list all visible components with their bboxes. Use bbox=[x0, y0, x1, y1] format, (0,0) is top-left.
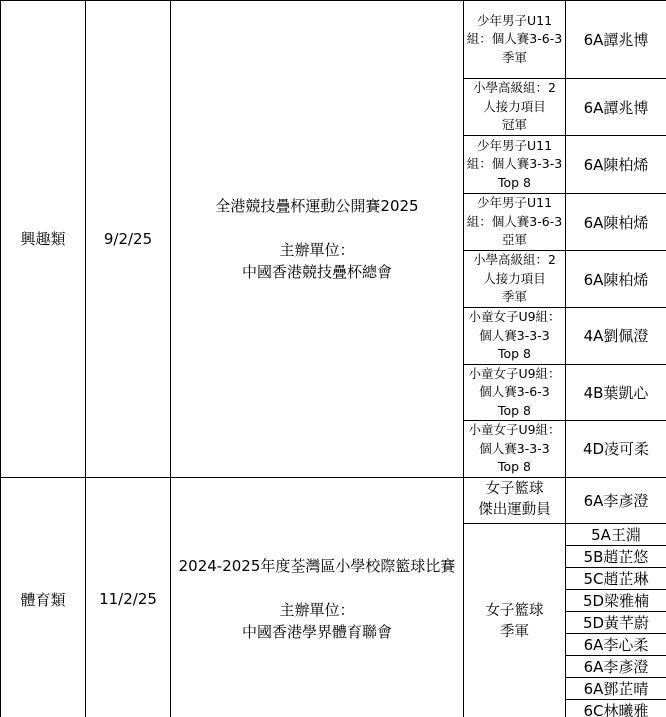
text-line: 主辦單位： bbox=[171, 599, 463, 621]
student-cell: 6A李彥澄 bbox=[566, 655, 666, 677]
text-line bbox=[171, 217, 463, 239]
text-line: 中國香港學界體育聯會 bbox=[171, 621, 463, 643]
award-cell: 小童女子U9組：個人賽3-3-3Top 8 bbox=[464, 308, 566, 365]
text-line: 人接力項目 bbox=[464, 270, 565, 289]
text-line: 女子籃球 bbox=[464, 601, 565, 622]
text-line: 小童女子U9組： bbox=[464, 308, 565, 327]
student-cell: 5A王淵 bbox=[566, 523, 666, 545]
text-line: 傑出運動員 bbox=[464, 500, 565, 521]
text-line: 季軍 bbox=[464, 49, 565, 68]
text-line: Top 8 bbox=[464, 345, 565, 364]
category-cell: 興趣類 bbox=[1, 1, 86, 478]
student-cell: 4B葉凱心 bbox=[566, 364, 666, 421]
text-line: 個人賽3-3-3 bbox=[464, 440, 565, 459]
event-cell: 2024-2025年度荃灣區小學校際籃球比賽 主辦單位：中國香港學界體育聯會 bbox=[171, 477, 464, 717]
student-cell: 5C趙芷琳 bbox=[566, 567, 666, 589]
student-cell: 6A鄧芷晴 bbox=[566, 677, 666, 699]
event-cell: 全港競技疊杯運動公開賽2025 主辦單位：中國香港競技疊杯總會 bbox=[171, 1, 464, 478]
awards-table: 興趣類9/2/25全港競技疊杯運動公開賽2025 主辦單位：中國香港競技疊杯總會… bbox=[0, 0, 666, 717]
student-cell: 4A劉佩澄 bbox=[566, 308, 666, 365]
page: 興趣類9/2/25全港競技疊杯運動公開賽2025 主辦單位：中國香港競技疊杯總會… bbox=[0, 0, 666, 717]
date-cell: 11/2/25 bbox=[86, 477, 171, 717]
text-line: 人接力項目 bbox=[464, 98, 565, 117]
category-cell: 體育類 bbox=[1, 477, 86, 717]
text-line: 小童女子U9組： bbox=[464, 421, 565, 440]
text-line: 少年男子U11 bbox=[464, 194, 565, 213]
text-line: 2024-2025年度荃灣區小學校際籃球比賽 bbox=[171, 555, 463, 577]
award-cell: 少年男子U11組：個人賽3-3-3Top 8 bbox=[464, 136, 566, 194]
student-cell: 5D黃芊蔚 bbox=[566, 611, 666, 633]
text-line: 個人賽3-6-3 bbox=[464, 383, 565, 402]
text-line: 組：個人賽3-6-3 bbox=[464, 30, 565, 49]
text-line: 個人賽3-3-3 bbox=[464, 327, 565, 346]
text-line: 主辦單位： bbox=[171, 239, 463, 261]
award-cell: 少年男子U11組：個人賽3-6-3亞軍 bbox=[464, 194, 566, 251]
text-line: 季軍 bbox=[464, 622, 565, 643]
student-cell: 6A陳柏烯 bbox=[566, 251, 666, 308]
text-line: 亞軍 bbox=[464, 231, 565, 250]
text-line: Top 8 bbox=[464, 174, 565, 193]
student-cell: 6C林曦雅 bbox=[566, 699, 666, 717]
student-cell: 5B趙芷悠 bbox=[566, 545, 666, 567]
text-line: 組：個人賽3-3-3 bbox=[464, 155, 565, 174]
award-cell: 小童女子U9組：個人賽3-3-3Top 8 bbox=[464, 421, 566, 478]
table-row: 體育類11/2/252024-2025年度荃灣區小學校際籃球比賽 主辦單位：中國… bbox=[1, 477, 666, 523]
award-cell: 少年男子U11組：個人賽3-6-3季軍 bbox=[464, 1, 566, 79]
student-cell: 5D梁雅楠 bbox=[566, 589, 666, 611]
award-cell: 小童女子U9組：個人賽3-6-3Top 8 bbox=[464, 364, 566, 421]
text-line: 小童女子U9組： bbox=[464, 365, 565, 384]
text-line: 中國香港競技疊杯總會 bbox=[171, 261, 463, 283]
text-line: 組：個人賽3-6-3 bbox=[464, 213, 565, 232]
table-row: 興趣類9/2/25全港競技疊杯運動公開賽2025 主辦單位：中國香港競技疊杯總會… bbox=[1, 1, 666, 79]
text-line: 小學高級組：2 bbox=[464, 79, 565, 98]
date-cell: 9/2/25 bbox=[86, 1, 171, 478]
award-cell: 女子籃球季軍 bbox=[464, 523, 566, 717]
text-line: Top 8 bbox=[464, 458, 565, 477]
student-cell: 6A譚兆博 bbox=[566, 79, 666, 136]
text-line: Top 8 bbox=[464, 402, 565, 421]
awards-table-body: 興趣類9/2/25全港競技疊杯運動公開賽2025 主辦單位：中國香港競技疊杯總會… bbox=[1, 1, 666, 717]
text-line: 少年男子U11 bbox=[464, 137, 565, 156]
text-line: 全港競技疊杯運動公開賽2025 bbox=[171, 195, 463, 217]
text-line: 冠軍 bbox=[464, 116, 565, 135]
text-line: 小學高級組：2 bbox=[464, 251, 565, 270]
student-cell: 6A李心柔 bbox=[566, 633, 666, 655]
student-cell: 6A譚兆博 bbox=[566, 1, 666, 79]
student-cell: 6A陳柏烯 bbox=[566, 136, 666, 194]
award-cell: 小學高級組：2人接力項目冠軍 bbox=[464, 79, 566, 136]
award-cell: 小學高級組：2人接力項目季軍 bbox=[464, 251, 566, 308]
student-cell: 6A陳柏烯 bbox=[566, 194, 666, 251]
student-cell: 6A李彥澄 bbox=[566, 477, 666, 523]
award-cell: 女子籃球傑出運動員 bbox=[464, 477, 566, 523]
text-line: 女子籃球 bbox=[464, 479, 565, 500]
text-line: 少年男子U11 bbox=[464, 12, 565, 31]
text-line bbox=[171, 577, 463, 599]
student-cell: 4D凌可柔 bbox=[566, 421, 666, 478]
text-line: 季軍 bbox=[464, 288, 565, 307]
